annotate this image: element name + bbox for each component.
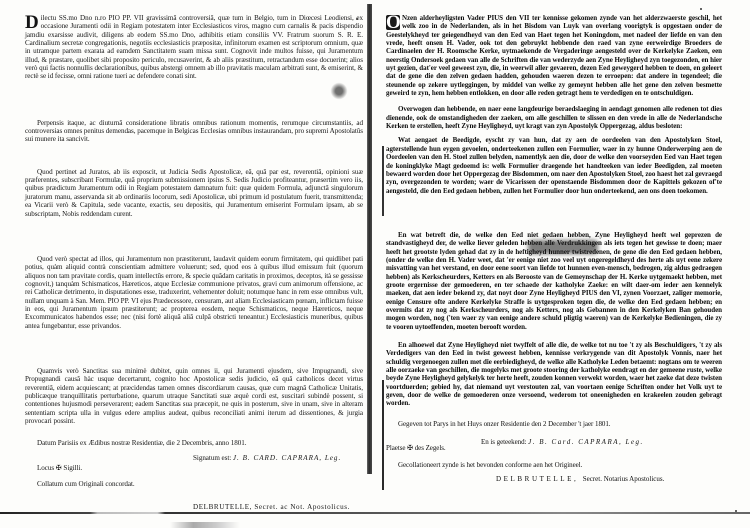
margin-mark (382, 146, 384, 216)
latin-dated-line: Datum Parisiis ex Ædibus nostræ Resident… (25, 439, 363, 447)
latin-notary: DELBRUTELLE, Secret. ac Not. Apostolicus… (193, 503, 363, 511)
dutch-paragraph-intro: ONzen alderheyligsten Vader PIUS den VII… (386, 14, 722, 97)
ink-blot (330, 80, 348, 102)
dropcap-o: O (386, 15, 400, 30)
latin-paragraph-5: Quamvis verò Sanctitas sua minimè dubite… (25, 367, 363, 425)
dutch-paragraph-2: Overwogen dan hebbende, en naer eene lan… (386, 105, 722, 130)
latin-signature: Signatum est: J. B. CARD. CAPRARA, Leg. (193, 454, 363, 462)
dutch-dated-line: Gegeven tot Parys in het Huys onzer Resi… (386, 420, 722, 428)
latin-paragraph-3: Quod pertinet ad Juratos, ab iis exposci… (25, 168, 363, 218)
ink-smear (528, 240, 598, 254)
latin-collation-note: Collatum cum Originali concordat. (37, 480, 363, 488)
ink-speck (700, 8, 702, 10)
scanned-document-page: Dilectu SS.mo Dno n.ro PIO PP. VII gravi… (0, 0, 750, 528)
signatory-name: J. B. Card. CAPRARA, Leg. (528, 438, 644, 446)
latin-locus-sigilli: Locus ✠ Sigilli. (37, 464, 363, 472)
dutch-paragraph-3: Wat aengaet de Beedigde, eyscht zy van h… (386, 136, 722, 194)
ink-speck (356, 18, 358, 20)
bottom-rule (0, 512, 750, 514)
dropcap-d: D (25, 15, 39, 30)
dutch-paragraph-5: En alhoewel dat Zyne Heyligheyd niet twy… (386, 341, 722, 408)
latin-paragraph-2: Perpensis itaque, ac diuturnâ considerat… (25, 119, 363, 144)
latin-paragraph-intro: Dilectu SS.mo Dno n.ro PIO PP. VII gravi… (25, 14, 363, 81)
latin-column: Dilectu SS.mo Dno n.ro PIO PP. VII gravi… (25, 14, 363, 511)
margin-mark (382, 380, 384, 490)
dutch-collation-note: Gecollationeert zynde is het bevonden co… (398, 461, 722, 469)
signatory-name: J. B. CARD. CAPRARA, Leg. (233, 454, 341, 462)
scan-smudge (170, 522, 240, 528)
latin-paragraph-4: Quod verò spectat ad illos, qui Jurament… (25, 255, 363, 330)
dutch-notary: DELBRUTELLE, Secret. Notarius Apostolicu… (496, 475, 722, 483)
column-divider (367, 4, 372, 474)
